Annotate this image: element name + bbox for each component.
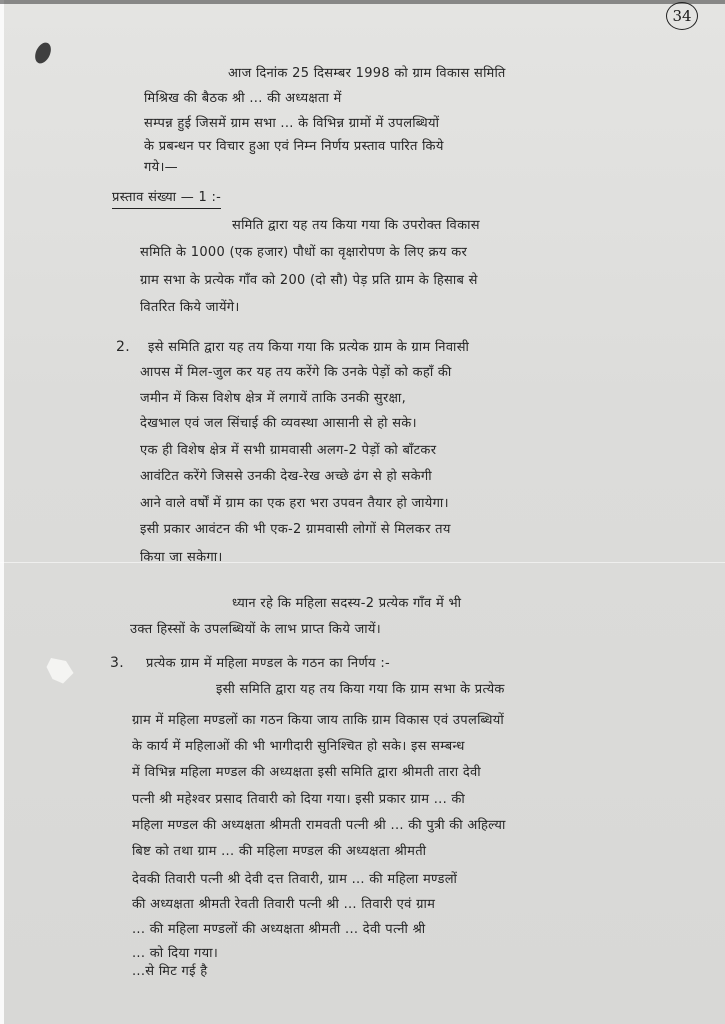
item3-line: बिष्ट को तथा ग्राम ... की महिला मण्डल की… xyxy=(132,842,426,861)
item3-line: के कार्य में महिलाओं की भी भागीदारी सुनि… xyxy=(132,737,465,756)
torn-paper-mark xyxy=(45,655,75,685)
item3-line: देवकी तिवारी पत्नी श्री देवी दत्त तिवारी… xyxy=(132,870,457,889)
item2-line: इसी प्रकार आवंटन की भी एक-2 ग्रामवासी लो… xyxy=(140,520,451,539)
item2-line: आवंटित करेंगे जिससे उनकी देख-रेख अच्छे ढ… xyxy=(140,467,432,486)
item2-line: इसे समिति द्वारा यह तय किया गया कि प्रत्… xyxy=(148,338,469,357)
item3-line: ... को दिया गया। xyxy=(132,944,218,963)
page-left-edge xyxy=(0,0,4,1024)
item2-note-line: उक्त हिस्सों के उपलब्धियों के लाभ प्राप्… xyxy=(130,620,381,639)
item2-line: जमीन में किस विशेष क्षेत्र में लगायें ता… xyxy=(140,389,406,408)
punch-hole-mark xyxy=(32,40,54,66)
item2-number: 2. xyxy=(116,338,130,357)
scanned-document-page: 34 आज दिनांक 25 दिसम्बर 1998 को ग्राम वि… xyxy=(0,0,725,1024)
item2-note-line: ध्यान रहे कि महिला सदस्य-2 प्रत्येक गाँव… xyxy=(232,594,461,613)
item1-line: समिति द्वारा यह तय किया गया कि उपरोक्त व… xyxy=(232,216,480,235)
resolution-heading: प्रस्ताव संख्या — 1 :- xyxy=(112,188,221,209)
item2-line: किया जा सकेगा। xyxy=(140,548,223,567)
item3-title: प्रत्येक ग्राम में महिला मण्डल के गठन का… xyxy=(146,654,390,673)
item2-line: आने वाले वर्षों में ग्राम का एक हरा भरा … xyxy=(140,494,449,513)
item3-number: 3. xyxy=(110,654,124,673)
item2-line: एक ही विशेष क्षेत्र में सभी ग्रामवासी अल… xyxy=(140,441,436,460)
intro-line: आज दिनांक 25 दिसम्बर 1998 को ग्राम विकास… xyxy=(228,64,506,83)
item1-line: ग्राम सभा के प्रत्येक गाँव को 200 (दो सौ… xyxy=(140,271,478,290)
item1-line: वितरित किये जायेंगे। xyxy=(140,298,240,317)
page-number: 34 xyxy=(666,2,698,30)
page-top-edge xyxy=(0,0,725,4)
item3-line: ग्राम में महिला मण्डलों का गठन किया जाय … xyxy=(132,711,504,730)
item2-line: आपस में मिल-जुल कर यह तय करेंगे कि उनके … xyxy=(140,363,452,382)
intro-line: गये।— xyxy=(144,158,178,177)
intro-line: मिश्रिख की बैठक श्री ... की अध्यक्षता मे… xyxy=(144,89,342,108)
item3-line: की अध्यक्षता श्रीमती रेवती तिवारी पत्नी … xyxy=(132,895,435,914)
item3-line: ...से मिट गई है xyxy=(132,962,207,981)
item3-line: में विभिन्न महिला मण्डल की अध्यक्षता इसी… xyxy=(132,763,481,782)
item3-line: इसी समिति द्वारा यह तय किया गया कि ग्राम… xyxy=(216,680,505,699)
item3-line: पत्नी श्री महेश्वर प्रसाद तिवारी को दिया… xyxy=(132,790,465,809)
item1-line: समिति के 1000 (एक हजार) पौधों का वृक्षार… xyxy=(140,243,467,262)
item3-line: महिला मण्डल की अध्यक्षता श्रीमती रामवती … xyxy=(132,816,506,835)
fold-line xyxy=(0,562,725,563)
intro-line: सम्पन्न हुई जिसमें ग्राम सभा ... के विभि… xyxy=(144,114,439,133)
intro-line: के प्रबन्धन पर विचार हुआ एवं निम्न निर्ण… xyxy=(144,137,444,156)
item3-line: ... की महिला मण्डलों की अध्यक्षता श्रीमत… xyxy=(132,920,425,939)
item2-line: देखभाल एवं जल सिंचाई की व्यवस्था आसानी स… xyxy=(140,414,417,433)
